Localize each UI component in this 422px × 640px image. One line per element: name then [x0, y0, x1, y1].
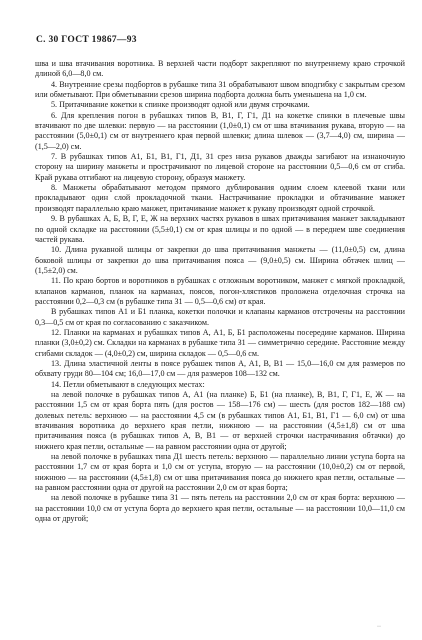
paragraph-6: 6. Для крепления погон в рубашках типов …: [35, 111, 405, 152]
paragraph-13: 13. Длина эластичной ленты в поясе рубаш…: [35, 359, 405, 380]
paragraph-14-item-1: на левой полочке в рубашках типов А, А1 …: [35, 390, 405, 452]
document-body: шва и шва втачивания воротника. В верхне…: [35, 59, 405, 524]
paragraph-14-item-2: на левой полочке в рубашках типа Д1 шест…: [35, 452, 405, 493]
paragraph-7: 7. В рубашках типов А1, Б1, В1, Г1, Д1, …: [35, 152, 405, 183]
paragraph-14: 14. Петли обметывают в следующих местах:: [35, 380, 405, 390]
paragraph-11: 11. По краю бортов и воротников в рубашк…: [35, 276, 405, 307]
paragraph-3-continued: шва и шва втачивания воротника. В верхне…: [35, 59, 405, 80]
page-header: С. 30 ГОСТ 19867—93: [36, 35, 137, 45]
paragraph-10: 10. Длина рукавной шлицы от закрепки до …: [35, 245, 405, 276]
paragraph-8: 8. Манжеты обрабатывают методом прямого …: [35, 183, 405, 214]
scan-artifact: ··: [377, 624, 381, 630]
paragraph-4: 4. Внутренние срезы подбортов в рубашке …: [35, 80, 405, 101]
paragraph-5: 5. Притачивание кокетки к спинке произво…: [35, 100, 405, 110]
paragraph-9: 9. В рубашках А, Б, В, Г, Е, Ж на верхни…: [35, 214, 405, 245]
paragraph-11-note: В рубашках типов А1 и Б1 планка, кокетки…: [35, 307, 405, 328]
paragraph-14-item-3: на левой полочке в рубашке типа З1 — пят…: [35, 493, 405, 524]
paragraph-12: 12. Планки на карманах и рубашках типов …: [35, 328, 405, 359]
